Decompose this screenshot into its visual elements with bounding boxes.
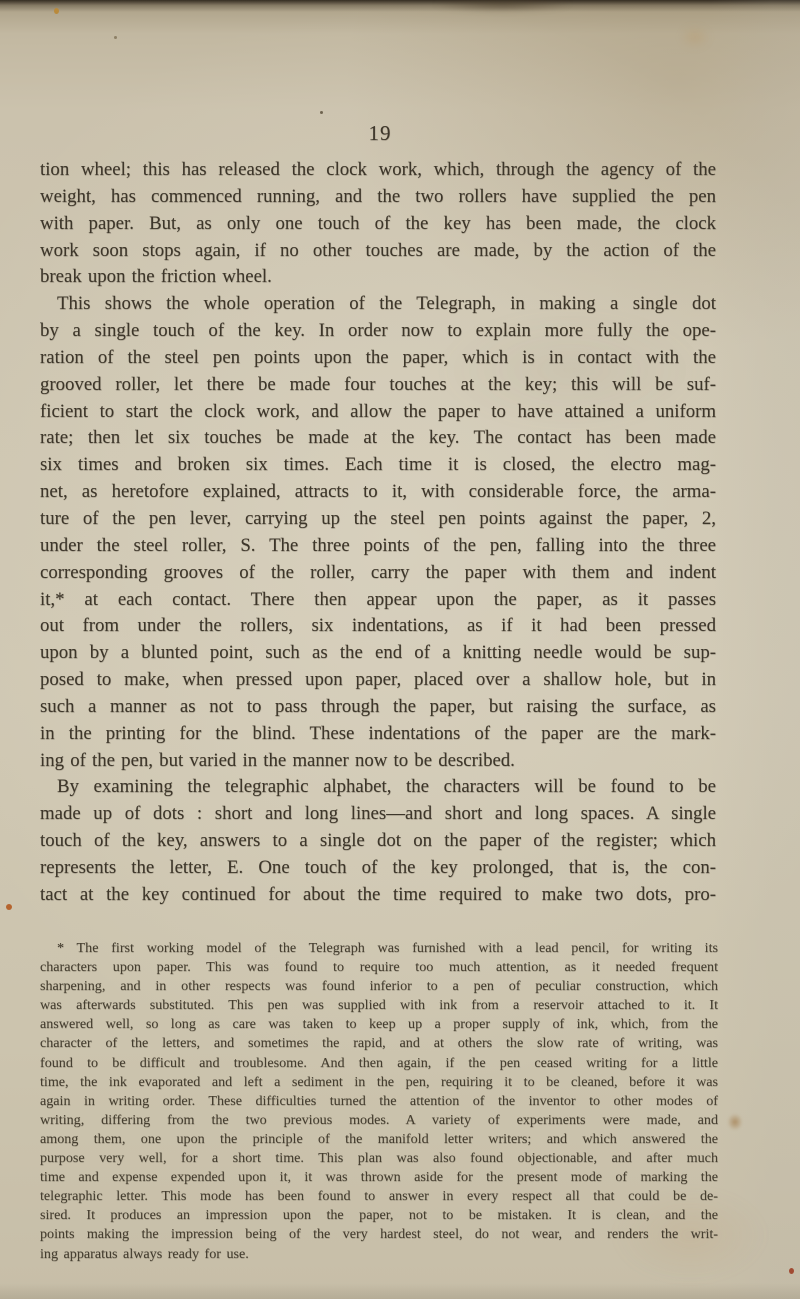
text-line: break upon the friction wheel. xyxy=(40,264,716,291)
text-line: net, as heretofore explained, attracts t… xyxy=(40,479,716,506)
text-line: made up of dots : short and long lines—a… xyxy=(40,801,716,828)
text-line: purpose very well, for a short time. Thi… xyxy=(40,1149,718,1168)
page-top-edge-shadow xyxy=(0,0,800,12)
text-line: This shows the whole operation of the Te… xyxy=(40,291,716,318)
text-line: six times and broken six times. Each tim… xyxy=(40,452,716,479)
paper-stain xyxy=(726,1112,744,1132)
paragraph-operation: This shows the whole operation of the Te… xyxy=(40,291,716,774)
text-line: By examining the telegraphic alphabet, t… xyxy=(40,774,716,801)
text-line: writing, differing from the two previous… xyxy=(40,1111,718,1130)
text-line: under the steel roller, S. The three poi… xyxy=(40,533,716,560)
text-line: points making the impression being of th… xyxy=(40,1225,718,1244)
text-line: work soon stops again, if no other touch… xyxy=(40,238,716,265)
text-line: telegraphic letter. This mode has been f… xyxy=(40,1187,718,1206)
text-line: tact at the key continued for about the … xyxy=(40,882,716,909)
page-number: 19 xyxy=(0,121,760,146)
paper-stain xyxy=(789,1268,794,1274)
text-line: by a single touch of the key. In order n… xyxy=(40,318,716,345)
text-line: represents the letter, E. One touch of t… xyxy=(40,855,716,882)
text-line: corresponding grooves of the roller, car… xyxy=(40,560,716,587)
text-line: ration of the steel pen points upon the … xyxy=(40,345,716,372)
text-line: out from under the rollers, six indentat… xyxy=(40,613,716,640)
text-line: rate; then let six touches be made at th… xyxy=(40,425,716,452)
text-line: ing of the pen, but varied in the manner… xyxy=(40,748,716,775)
text-line: weight, has commenced running, and the t… xyxy=(40,184,716,211)
text-line: such a manner as not to pass through the… xyxy=(40,694,716,721)
paragraph-alphabet: By examining the telegraphic alphabet, t… xyxy=(40,774,716,908)
book-page: 19 tion wheel; this has released the clo… xyxy=(0,0,800,1299)
text-line: characters upon paper. This was found to… xyxy=(40,958,718,977)
text-line: found to be difficult and troublesome. A… xyxy=(40,1054,718,1073)
paper-stain xyxy=(54,8,59,14)
text-line: among them, one upon the principle of th… xyxy=(40,1130,718,1149)
text-line: it,* at each contact. There then appear … xyxy=(40,587,716,614)
text-line: tion wheel; this has released the clock … xyxy=(40,157,716,184)
paper-stain xyxy=(678,24,712,50)
text-line: ing apparatus always ready for use. xyxy=(40,1245,718,1264)
text-line: upon by a blunted point, such as the end… xyxy=(40,640,716,667)
text-line: time and expense expended upon it, it wa… xyxy=(40,1168,718,1187)
text-line: posed to make, when pressed upon paper, … xyxy=(40,667,716,694)
text-line: was afterwards substituted. This pen was… xyxy=(40,996,718,1015)
footnote-text: * The first working model of the Telegra… xyxy=(40,939,718,1264)
text-line: time, the ink evaporated and left a sedi… xyxy=(40,1073,718,1092)
text-line: * The first working model of the Telegra… xyxy=(40,939,718,958)
text-line: with paper. But, as only one touch of th… xyxy=(40,211,716,238)
text-line: sharpening, and in other respects was fo… xyxy=(40,977,718,996)
text-line: in the printing for the blind. These ind… xyxy=(40,721,716,748)
paper-stain xyxy=(114,36,117,39)
text-line: sired. It produces an impression upon th… xyxy=(40,1206,718,1225)
text-line: ture of the pen lever, carrying up the s… xyxy=(40,506,716,533)
text-line: grooved roller, let there be made four t… xyxy=(40,372,716,399)
paragraph-continued: tion wheel; this has released the clock … xyxy=(40,157,716,291)
text-line: ficient to start the clock work, and all… xyxy=(40,399,716,426)
text-line: answered well, so long as care was taken… xyxy=(40,1015,718,1034)
text-line: touch of the key, answers to a single do… xyxy=(40,828,716,855)
page-right-margin-shade xyxy=(710,0,800,1299)
paper-stain xyxy=(320,111,323,114)
text-line: character of the letters, and sometimes … xyxy=(40,1034,718,1053)
body-text: tion wheel; this has released the clock … xyxy=(40,157,716,909)
paper-stain xyxy=(6,904,12,910)
text-line: again in writing order. These difficulti… xyxy=(40,1092,718,1111)
